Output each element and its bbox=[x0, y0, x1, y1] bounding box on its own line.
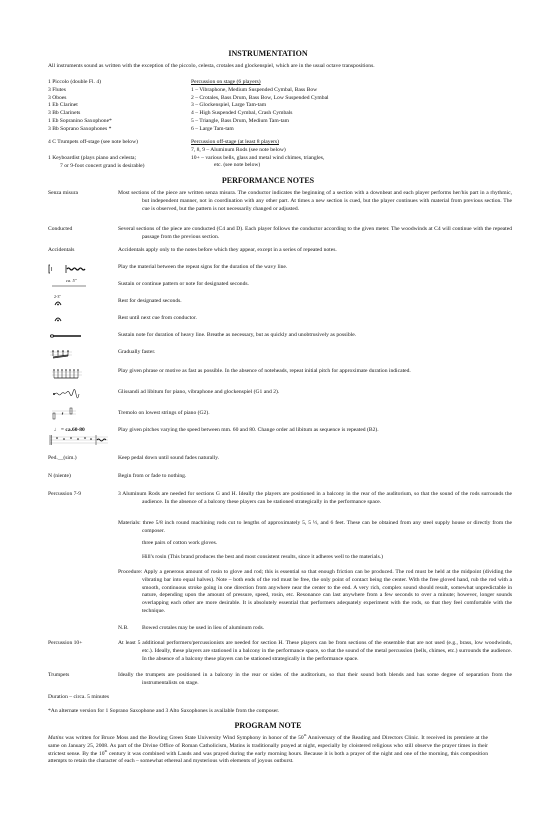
instrumentation-heading: INSTRUMENTATION bbox=[48, 50, 488, 58]
note-label: Trumpets bbox=[48, 672, 118, 680]
program-text-a: was written for Bruce Moss and the Bowli… bbox=[64, 735, 304, 741]
rosin-text: Hill's rosin (This brand produces the be… bbox=[142, 554, 488, 562]
percussion-item: 7, 8, 9 – Aluminum Rods (see note below) bbox=[191, 147, 324, 155]
nb-text: Bowed crotales may be used in lieu of al… bbox=[142, 625, 488, 633]
percussion-item: 1 – Vibraphone, Medium Suspended Cymbal,… bbox=[191, 87, 329, 95]
instrumentation-intro: All instruments sound as written with th… bbox=[48, 63, 488, 71]
note-label: Accidentals bbox=[48, 247, 118, 255]
alternate-version-note: *An alternate version for 1 Soprano Saxo… bbox=[48, 708, 279, 716]
nb-label: N.B. bbox=[118, 625, 142, 633]
wind-item: 1 Eb Sopranino Saxophone* bbox=[48, 118, 112, 126]
wind-item: 3 Oboes bbox=[48, 95, 112, 103]
note-text: Rest until next cue from conductor. bbox=[118, 315, 488, 323]
note-label: Ped.__(sim.) bbox=[48, 455, 118, 463]
tempo-range-icon bbox=[48, 434, 110, 446]
percussion-item: 3 – Glockenspiel, Large Tam-tam bbox=[191, 102, 329, 110]
note-text: Sustain note for duration of heavy line.… bbox=[118, 332, 488, 340]
note-label: N (niente) bbox=[48, 473, 118, 481]
note-text: 3 Aluminum Rods are needed for sections … bbox=[118, 491, 512, 507]
note-label: Percussion 10+ bbox=[48, 640, 118, 648]
gloves-text: three pairs of cotton work gloves. bbox=[142, 540, 488, 548]
performance-notes-heading: PERFORMANCE NOTES bbox=[48, 177, 488, 185]
fermata-seconds-icon bbox=[54, 299, 68, 307]
glissando-icon bbox=[52, 389, 86, 399]
fast-as-possible-icon bbox=[52, 368, 84, 380]
accelerando-beam-icon bbox=[50, 349, 74, 359]
percussion-item: 2 – Crotales, Bass Drum, Bass Bow, Low S… bbox=[191, 95, 329, 103]
program-note-heading: PROGRAM NOTE bbox=[48, 722, 488, 730]
note-text: Play the material between the repeat sig… bbox=[118, 264, 488, 272]
duration-line: Duration – circa. 5 minutes bbox=[48, 694, 109, 702]
title-italic: Matins bbox=[48, 735, 64, 741]
note-label: Conducted bbox=[48, 226, 118, 234]
note-text: Rest for designated seconds. bbox=[118, 298, 488, 306]
keyboard-line: 1 Keyboardist (plays piano and celesta; bbox=[48, 155, 136, 163]
note-text: Sustain or continue pattern or note for … bbox=[118, 281, 488, 289]
wind-item: 1 Eb Clarinet bbox=[48, 102, 112, 110]
percussion-item: 4 – High Suspended Cymbal, Crash Cymbals bbox=[191, 110, 329, 118]
note-text: Glissandi ad libitum for piano, vibrapho… bbox=[118, 389, 488, 397]
note-text: Ideally the trumpets are positioned in a… bbox=[118, 672, 512, 688]
heavy-line-icon bbox=[48, 332, 88, 340]
wind-item: 3 Flutes bbox=[48, 87, 112, 95]
materials-text: Materials: three 5/8 inch round machinin… bbox=[118, 520, 512, 536]
note-text: Most sections of the piece are written s… bbox=[118, 190, 512, 213]
percussion-on-stage: Percussion on stage (6 players) 1 – Vibr… bbox=[191, 79, 329, 134]
percussion-off-stage-heading: Percussion off-stage (at least 8 players… bbox=[191, 139, 324, 147]
percussion-item: 6 – Large Tam-tam bbox=[191, 126, 329, 134]
note-label: Senza misura bbox=[48, 190, 118, 198]
fermata-icon bbox=[54, 315, 68, 323]
note-text: Several sections of the piece are conduc… bbox=[118, 226, 512, 242]
note-text: Play given pitches varying the speed bet… bbox=[118, 427, 488, 435]
percussion-item: 5 – Triangle, Bass Drum, Medium Tam-tam bbox=[191, 118, 329, 126]
note-text: Begin from or fade to nothing. bbox=[118, 473, 488, 481]
wind-item: 3 Bb Clarinets bbox=[48, 110, 112, 118]
procedure-text: Procedure: Apply a generous amount of ro… bbox=[118, 569, 512, 616]
percussion-off-stage: Percussion off-stage (at least 8 players… bbox=[191, 139, 324, 170]
program-note-text: Matins was written for Bruce Moss and th… bbox=[48, 735, 488, 766]
note-label: Percussion 7-9 bbox=[48, 491, 118, 499]
note-text: Keep pedal down until sound fades natura… bbox=[118, 455, 488, 463]
wind-item: 3 Bb Soprano Saxophones * bbox=[48, 126, 112, 134]
note-text: Tremolo on lowest strings of piano (G2). bbox=[118, 410, 488, 418]
note-text: At least 5 additional performers/percuss… bbox=[118, 640, 512, 663]
program-text-c: century it was combined with Lauds and w… bbox=[48, 751, 488, 765]
repeat-wavy-line-icon bbox=[48, 264, 93, 274]
trumpets-line: 4 C Trumpets off-stage (see note below) bbox=[48, 139, 138, 147]
sustain-line-icon bbox=[48, 283, 88, 291]
wind-item: 1 Piccolo (double Fl. 4) bbox=[48, 79, 112, 87]
winds-list: 1 Piccolo (double Fl. 4) 3 Flutes 3 Oboe… bbox=[48, 79, 112, 134]
tremolo-icon bbox=[52, 407, 78, 421]
percussion-on-stage-heading: Percussion on stage (6 players) bbox=[191, 79, 329, 87]
note-text: Accidentals apply only to the notes befo… bbox=[118, 247, 488, 255]
percussion-item: etc. (see note below) bbox=[191, 162, 324, 170]
note-text: Gradually faster. bbox=[118, 349, 488, 357]
keyboard-line-2: 7 or 9-foot concert grand is desirable) bbox=[60, 163, 145, 171]
note-text: Play given phrase or motive as fast as p… bbox=[118, 368, 488, 376]
